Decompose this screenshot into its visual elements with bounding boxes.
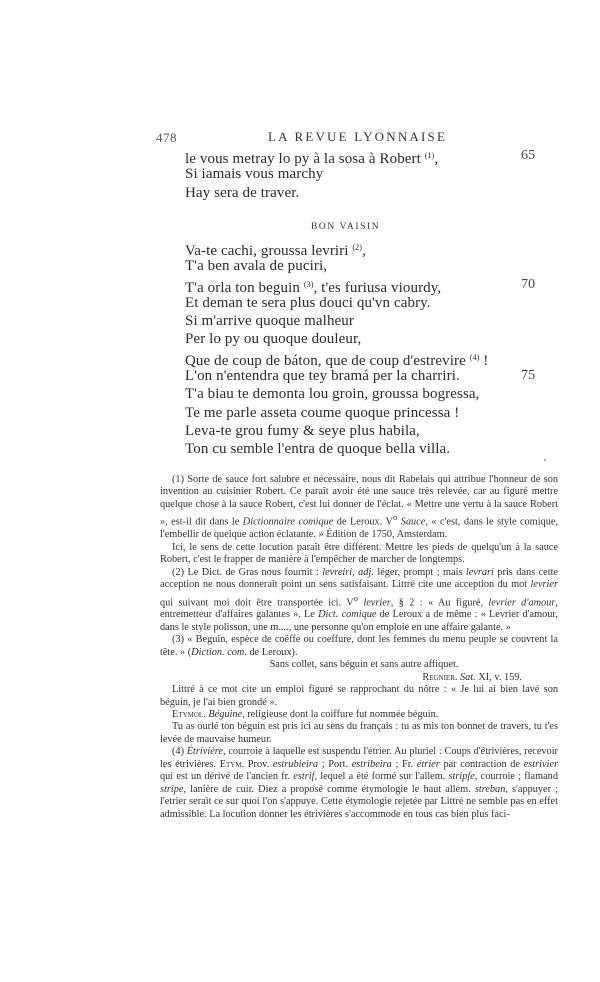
verse-text: Si iamais vous marchy — [185, 166, 323, 182]
verse-line: le vous metray lo py à la sosa à Robert … — [185, 147, 550, 165]
note-label: Etymol. — [172, 709, 206, 720]
verse-line: Leva-te grou fumy & seye plus habila, — [185, 422, 550, 440]
verse-text: L'on n'entendra que tey bramá per la cha… — [185, 368, 460, 384]
verse-text: Hay sera de traver. — [185, 185, 299, 201]
note-italic: estribeira — [352, 759, 392, 770]
print-speck — [544, 459, 546, 461]
verse-line: Si iamais vous marchy — [185, 165, 550, 183]
verse-text: T'a biau te demonta lou groin, groussa b… — [185, 386, 480, 402]
footnote-ref[interactable]: (2) — [352, 243, 362, 252]
verse-line: Hay sera de traver. — [185, 184, 550, 202]
note-text: XI, v. 159. — [476, 672, 522, 683]
note-italic: streban — [475, 784, 506, 795]
verse-text: Si m'arrive quoque malheur — [185, 313, 354, 329]
note-text: par contraction de — [440, 759, 524, 770]
note-text: , § 2 : « Au figuré, — [391, 597, 489, 608]
note-italic: Étrivière — [187, 746, 223, 757]
note-italic: Sauce — [397, 517, 425, 528]
verse-line: Si m'arrive quoque malheur — [185, 312, 550, 330]
verse-line: T'a ben avala de puciri, — [185, 257, 550, 275]
footnote-1: (1) Sorte de sauce fort salubre et néces… — [160, 474, 558, 542]
note-text: , religieuse dont la coiffure fut nommée… — [242, 709, 438, 720]
verse-text: Leva-te grou fumy & seye plus habila, — [185, 423, 420, 439]
note-italic: étrier — [417, 759, 440, 770]
footnote-3: (3) « Beguin, espèce de coëffe ou coeffu… — [160, 634, 558, 659]
verse-line: Te me parle asseta coume quoque princess… — [185, 404, 550, 422]
note-text: ; Fr. — [392, 759, 417, 770]
verse-text: Per lo py ou quoque douleur, — [185, 331, 361, 347]
footnote-1-continued: Ici, le sens de cette locution paraît êt… — [160, 542, 558, 567]
footnote-3-sense: Tu as ourlé ton béguin est pris ici au s… — [160, 721, 558, 746]
note-italic: estrivier — [524, 759, 558, 770]
verse-stanza-top: le vous metray lo py à la sosa à Robert … — [185, 147, 550, 202]
verse-text: Ton cu semble l'entra de quoque bella vi… — [185, 441, 450, 457]
line-number: 65 — [521, 147, 535, 165]
note-italic: Béguine — [208, 709, 242, 720]
verse-line: Que de coup de báton, que de coup d'estr… — [185, 349, 550, 367]
verse-line: T'a orla ton beguin (3), t'es furiusa vi… — [185, 276, 550, 294]
verse-poem-main: Va-te cachi, groussa levriri (2), T'a be… — [185, 239, 550, 459]
note-italic: levrier — [358, 597, 391, 608]
verse-text: Et deman te sera plus douci qu'vn cabry. — [185, 295, 431, 311]
note-text: léger, prompt ; mais — [374, 567, 466, 578]
note-italic: estrif — [293, 771, 314, 782]
line-number: 70 — [521, 276, 535, 294]
print-speck — [221, 167, 222, 168]
footnotes: (1) Sorte de sauce fort salubre et néces… — [160, 474, 558, 821]
footnote-ref[interactable]: (1) — [425, 151, 435, 160]
note-text: (4) — [172, 746, 187, 757]
note-author: Regnier. — [422, 672, 457, 683]
note-text: Prov. — [244, 759, 273, 770]
verse-line: Per lo py ou quoque douleur, — [185, 330, 550, 348]
note-text: qui suivant moi doit être transportée ic… — [160, 597, 354, 608]
note-italic: Diction. com. — [191, 647, 247, 658]
running-title: LA REVUE LYONNAISE — [268, 129, 447, 145]
footnote-3-attribution: Regnier. Sat. XI, v. 159. — [160, 672, 558, 684]
note-text: , lanière de cuir. Diez a proposé comme … — [183, 784, 474, 795]
note-label: Etym. — [220, 759, 244, 770]
page-number: 478 — [156, 130, 177, 146]
note-text: de Leroux). — [247, 647, 298, 658]
note-italic: levrier — [531, 579, 558, 590]
verse-line: Ton cu semble l'entra de quoque bella vi… — [185, 440, 550, 458]
note-italic: levreiri, adj. — [322, 567, 374, 578]
section-title: BON VAISIN — [311, 222, 380, 232]
verse-line: L'on n'entendra que tey bramá per la cha… — [185, 367, 550, 385]
note-text: de Leroux. V — [333, 517, 393, 528]
line-number: 75 — [521, 367, 535, 385]
note-italic: Sat. — [460, 672, 476, 683]
note-italic: stripe — [160, 784, 183, 795]
verse-line: Va-te cachi, groussa levriri (2), — [185, 239, 550, 257]
note-text: ; Port. — [318, 759, 352, 770]
note-text: qui est un dérivé de l'ancien fr. — [160, 771, 293, 782]
book-page: 478 LA REVUE LYONNAISE le vous metray lo… — [0, 0, 600, 982]
verse-text: T'a ben avala de puciri, — [185, 258, 327, 274]
note-text: (2) Le Dict. de Gras nous fournit : — [172, 567, 322, 578]
footnote-2: (2) Le Dict. de Gras nous fournit : levr… — [160, 567, 558, 635]
footnote-3-quote: Sans collet, sans béguin et sans autre a… — [160, 659, 558, 671]
verse-line: Et deman te sera plus douci qu'vn cabry. — [185, 294, 550, 312]
verse-text: Te me parle asseta coume quoque princess… — [185, 405, 459, 421]
footnote-ref[interactable]: (4) — [470, 353, 480, 362]
note-italic: Dictionnaire comique — [243, 517, 334, 528]
footnote-3-etymol: Etymol. Béguine, religieuse dont la coif… — [160, 709, 558, 721]
note-italic: levrari — [466, 567, 494, 578]
note-italic: stripfe — [449, 771, 475, 782]
note-italic: estrubieira — [273, 759, 318, 770]
footnote-4: (4) Étrivière, courroie à laquelle est s… — [160, 746, 558, 821]
note-text: , lequel a été formé sur l'allem. — [314, 771, 448, 782]
footnote-3-littre: Littré à ce mot cite un emploi figuré se… — [160, 684, 558, 709]
note-text: , courroie ; flamand — [475, 771, 558, 782]
note-italic: levrier d'amour — [488, 597, 555, 608]
note-italic: Dict. comique — [318, 609, 376, 620]
verse-line: T'a biau te demonta lou groin, groussa b… — [185, 385, 550, 403]
